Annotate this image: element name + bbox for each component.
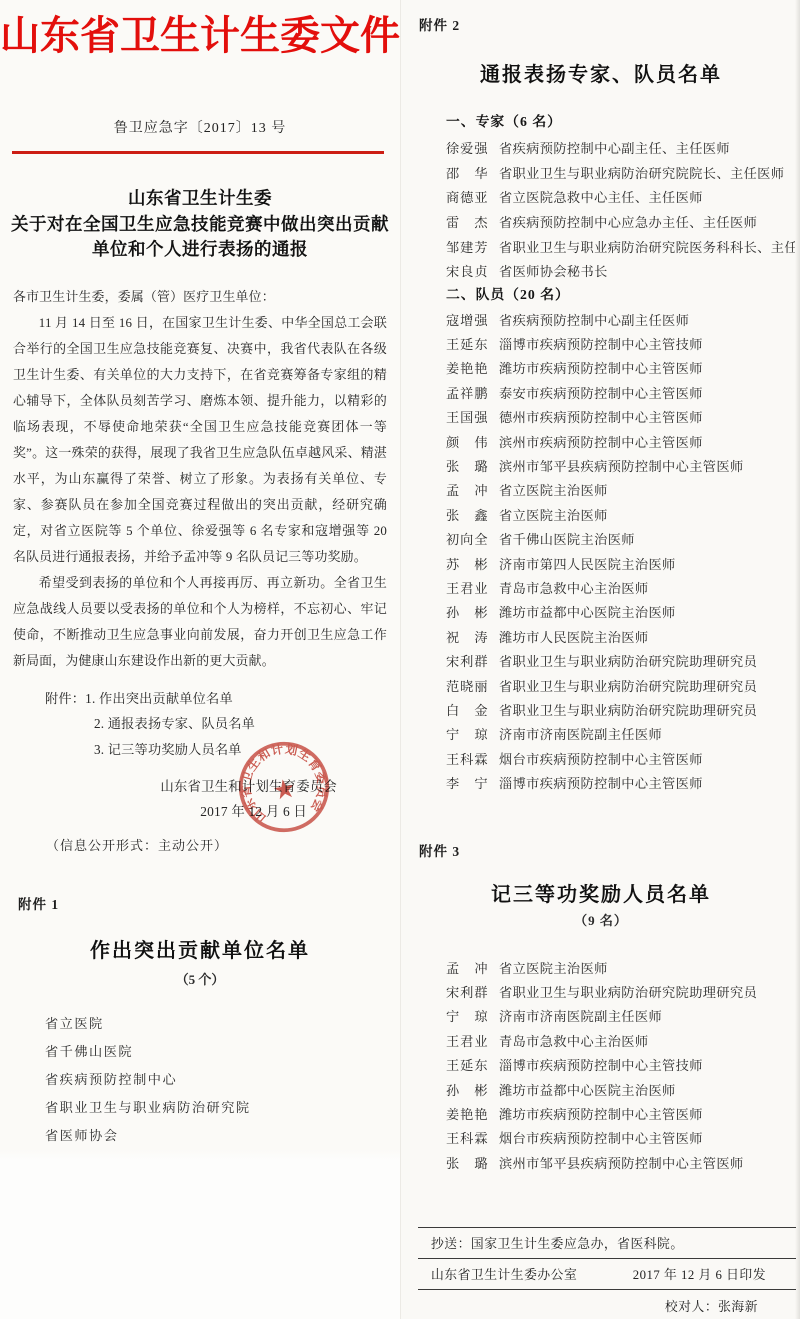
awardees-roster: 孟 冲省立医院主治医师 宋利群省职业卫生与职业病防治研究院助理研究员 宁 琼济南… xyxy=(446,955,795,1175)
person-name: 范晓丽 xyxy=(446,676,499,695)
person-name: 姜艳艳 xyxy=(446,358,499,377)
person-title: 淄博市疾病预防控制中心主管技师 xyxy=(499,1055,795,1074)
person-title: 德州市疾病预防控制中心主管医师 xyxy=(499,407,795,426)
roster-row: 宁 琼济南市济南医院副主任医师 xyxy=(446,1004,795,1028)
unit-item: 省千佛山医院 xyxy=(45,1038,390,1066)
person-name: 宋利群 xyxy=(446,982,499,1001)
attachment1-label: 附件 1 xyxy=(18,893,59,913)
person-title: 滨州市疾病预防控制中心主管医师 xyxy=(499,432,795,451)
red-divider-rule xyxy=(12,151,384,154)
person-title: 省疾病预防控制中心副主任医师 xyxy=(499,310,795,329)
person-title: 省立医院主治医师 xyxy=(499,958,795,977)
issuing-office-row: 山东省卫生计生委办公室 2017 年 12 月 6 日印发 xyxy=(418,1258,796,1289)
person-name: 邹建芳 xyxy=(446,237,499,256)
disclosure-note: （信息公开形式：主动公开） xyxy=(13,833,387,859)
person-title: 潍坊市疾病预防控制中心主管医师 xyxy=(499,358,795,377)
person-title: 潍坊市益都中心医院主治医师 xyxy=(499,1080,795,1099)
roster-row: 邹建芳省职业卫生与职业病防治研究院医务科科长、主任医师 xyxy=(446,234,795,259)
person-title: 省立医院主治医师 xyxy=(499,505,795,524)
person-name: 徐爱强 xyxy=(446,138,499,157)
person-title: 省立医院主治医师 xyxy=(499,480,795,499)
document-body: 各市卫生计生委，委属（管）医疗卫生单位： 11 月 14 日至 16 日，在国家… xyxy=(13,284,387,859)
person-title: 青岛市急救中心主治医师 xyxy=(499,578,795,597)
person-title: 淄博市疾病预防控制中心主管医师 xyxy=(499,773,795,792)
roster-row: 颜 伟滨州市疾病预防控制中心主管医师 xyxy=(446,429,795,453)
attachment-ref: 2. 通报表扬专家、队员名单 xyxy=(13,711,387,736)
roster-row: 王科霖烟台市疾病预防控制中心主管医师 xyxy=(446,1126,795,1150)
scanned-document: 山东省卫生计生委文件 鲁卫应急字〔2017〕13 号 山东省卫生计生委 关于对在… xyxy=(0,0,800,1319)
roster-row: 白 金省职业卫生与职业病防治研究院助理研究员 xyxy=(446,697,795,721)
experts-roster: 徐爱强省疾病预防控制中心副主任、主任医师 邵 华省职业卫生与职业病防治研究院院长… xyxy=(446,135,795,283)
document-footer: 抄送：国家卫生计生委应急办，省医科院。 山东省卫生计生委办公室 2017 年 1… xyxy=(418,1227,796,1315)
person-name: 宋良贞 xyxy=(446,261,499,280)
roster-row: 孟 冲省立医院主治医师 xyxy=(446,478,795,502)
person-title: 省职业卫生与职业病防治研究院医务科科长、主任医师 xyxy=(499,237,795,256)
person-title: 潍坊市人民医院主治医师 xyxy=(499,627,795,646)
attachments-label: 附件： xyxy=(45,691,85,706)
attachment1-title: 作出突出贡献单位名单 xyxy=(0,934,400,963)
person-name: 宋利群 xyxy=(446,651,499,670)
person-name: 祝 涛 xyxy=(446,627,499,646)
person-name: 初向全 xyxy=(446,529,499,548)
attachment-ref: 附件：1. 作出突出贡献单位名单 xyxy=(13,686,387,711)
attachment3-label: 附件 3 xyxy=(419,840,460,860)
person-title: 省疾病预防控制中心应急办主任、主任医师 xyxy=(499,212,795,231)
person-title: 省职业卫生与职业病防治研究院助理研究员 xyxy=(499,676,795,695)
person-name: 张 鑫 xyxy=(446,505,499,524)
roster-row: 王国强德州市疾病预防控制中心主管医师 xyxy=(446,405,795,429)
person-name: 宁 琼 xyxy=(446,1006,499,1025)
page-1: 山东省卫生计生委文件 鲁卫应急字〔2017〕13 号 山东省卫生计生委 关于对在… xyxy=(0,0,400,1319)
person-title: 省职业卫生与职业病防治研究院助理研究员 xyxy=(499,700,795,719)
document-title: 山东省卫生计生委 关于对在全国卫生应急技能竞赛中做出突出贡献 单位和个人进行表扬… xyxy=(0,186,400,263)
person-title: 潍坊市疾病预防控制中心主管医师 xyxy=(499,1104,795,1123)
roster-row: 姜艳艳潍坊市疾病预防控制中心主管医师 xyxy=(446,356,795,380)
roster-row: 王君业青岛市急救中心主治医师 xyxy=(446,1028,795,1052)
person-name: 孟 冲 xyxy=(446,958,499,977)
experts-section-heading: 一、专家（6 名） xyxy=(446,110,562,130)
roster-row: 宁 琼济南市济南医院副主任医师 xyxy=(446,722,795,746)
document-title-line: 关于对在全国卫生应急技能竞赛中做出突出贡献 xyxy=(0,212,400,238)
person-name: 雷 杰 xyxy=(446,212,499,231)
person-name: 李 宁 xyxy=(446,773,499,792)
roster-row: 宋良贞省医师协会秘书长 xyxy=(446,258,795,283)
roster-row: 范晓丽省职业卫生与职业病防治研究院助理研究员 xyxy=(446,673,795,697)
roster-row: 邵 华省职业卫生与职业病防治研究院院长、主任医师 xyxy=(446,160,795,185)
person-name: 宁 琼 xyxy=(446,724,499,743)
person-title: 省千佛山医院主治医师 xyxy=(499,529,795,548)
roster-row: 李 宁淄博市疾病预防控制中心主管医师 xyxy=(446,770,795,794)
person-title: 省立医院急救中心主任、主任医师 xyxy=(499,187,795,206)
person-title: 滨州市邹平县疾病预防控制中心主管医师 xyxy=(499,1153,795,1172)
person-title: 省疾病预防控制中心副主任、主任医师 xyxy=(499,138,795,157)
person-title: 省职业卫生与职业病防治研究院院长、主任医师 xyxy=(499,163,795,182)
roster-row: 王延东淄博市疾病预防控制中心主管技师 xyxy=(446,1053,795,1077)
members-section-heading: 二、队员（20 名） xyxy=(446,283,570,303)
attachment-ref: 3. 记三等功奖励人员名单 xyxy=(13,737,387,762)
person-name: 王科霖 xyxy=(446,1128,499,1147)
roster-row: 宋利群省职业卫生与职业病防治研究院助理研究员 xyxy=(446,648,795,672)
person-title: 青岛市急救中心主治医师 xyxy=(499,1031,795,1050)
roster-row: 孟 冲省立医院主治医师 xyxy=(446,955,795,979)
attachment3-count: （9 名） xyxy=(401,910,800,929)
page-2: 附件 2 通报表扬专家、队员名单 一、专家（6 名） 徐爱强省疾病预防控制中心副… xyxy=(400,0,800,1319)
roster-row: 宋利群省职业卫生与职业病防治研究院助理研究员 xyxy=(446,979,795,1003)
person-name: 王科霖 xyxy=(446,749,499,768)
roster-row: 寇增强省疾病预防控制中心副主任医师 xyxy=(446,307,795,331)
issuing-authority: 山东省卫生和计划生育委员会 xyxy=(13,774,387,799)
roster-row: 雷 杰省疾病预防控制中心应急办主任、主任医师 xyxy=(446,209,795,234)
signature-block: 山东省卫生和计划生育委员会 2017 年 12 月 6 日 山东省卫生和计划生育… xyxy=(13,774,387,824)
roster-row: 王君业青岛市急救中心主治医师 xyxy=(446,575,795,599)
unit-item: 省职业卫生与职业病防治研究院 xyxy=(45,1094,390,1122)
roster-row: 孙 彬潍坊市益都中心医院主治医师 xyxy=(446,1077,795,1101)
salutation: 各市卫生计生委，委属（管）医疗卫生单位： xyxy=(13,284,387,310)
cc-line: 抄送：国家卫生计生委应急办，省医科院。 xyxy=(418,1227,796,1258)
person-title: 济南市济南医院副主任医师 xyxy=(499,1006,795,1025)
unit-item: 省疾病预防控制中心 xyxy=(45,1066,390,1094)
person-title: 济南市第四人民医院主治医师 xyxy=(499,554,795,573)
print-date: 2017 年 12 月 6 日印发 xyxy=(633,1264,766,1283)
person-title: 省职业卫生与职业病防治研究院助理研究员 xyxy=(499,651,795,670)
person-name: 姜艳艳 xyxy=(446,1104,499,1123)
attachment-ref-text: 1. 作出突出贡献单位名单 xyxy=(85,691,233,706)
person-name: 王君业 xyxy=(446,1031,499,1050)
person-name: 孟祥鹏 xyxy=(446,383,499,402)
person-title: 省职业卫生与职业病防治研究院助理研究员 xyxy=(499,982,795,1001)
person-title: 省医师协会秘书长 xyxy=(499,261,795,280)
roster-row: 初向全省千佛山医院主治医师 xyxy=(446,527,795,551)
person-name: 王延东 xyxy=(446,334,499,353)
unit-list: 省立医院 省千佛山医院 省疾病预防控制中心 省职业卫生与职业病防治研究院 省医师… xyxy=(45,1010,390,1150)
person-name: 寇增强 xyxy=(446,310,499,329)
members-roster: 寇增强省疾病预防控制中心副主任医师 王延东淄博市疾病预防控制中心主管技师 姜艳艳… xyxy=(446,307,795,795)
person-name: 孙 彬 xyxy=(446,602,499,621)
roster-row: 苏 彬济南市第四人民医院主治医师 xyxy=(446,551,795,575)
person-name: 孙 彬 xyxy=(446,1080,499,1099)
body-paragraph: 希望受到表扬的单位和个人再接再厉、再立新功。全省卫生应急战线人员要以受表扬的单位… xyxy=(13,570,387,674)
person-name: 颜 伟 xyxy=(446,432,499,451)
body-paragraph: 11 月 14 日至 16 日，在国家卫生计生委、中华全国总工会联合举行的全国卫… xyxy=(13,310,387,570)
person-name: 王延东 xyxy=(446,1055,499,1074)
person-title: 淄博市疾病预防控制中心主管技师 xyxy=(499,334,795,353)
roster-row: 孟祥鹏泰安市疾病预防控制中心主管医师 xyxy=(446,380,795,404)
person-title: 烟台市疾病预防控制中心主管医师 xyxy=(499,749,795,768)
roster-row: 张 璐滨州市邹平县疾病预防控制中心主管医师 xyxy=(446,1150,795,1174)
roster-row: 张 璐滨州市邹平县疾病预防控制中心主管医师 xyxy=(446,453,795,477)
attachment2-title: 通报表扬专家、队员名单 xyxy=(401,58,800,87)
person-title: 烟台市疾病预防控制中心主管医师 xyxy=(499,1128,795,1147)
roster-row: 商德亚省立医院急救中心主任、主任医师 xyxy=(446,184,795,209)
roster-row: 孙 彬潍坊市益都中心医院主治医师 xyxy=(446,600,795,624)
person-name: 张 璐 xyxy=(446,456,499,475)
proofreader-line: 校对人：张海新 xyxy=(418,1289,796,1315)
roster-row: 祝 涛潍坊市人民医院主治医师 xyxy=(446,624,795,648)
person-name: 商德亚 xyxy=(446,187,499,206)
issuing-office: 山东省卫生计生委办公室 xyxy=(431,1264,577,1283)
person-name: 邵 华 xyxy=(446,163,499,182)
person-name: 王国强 xyxy=(446,407,499,426)
person-title: 潍坊市益都中心医院主治医师 xyxy=(499,602,795,621)
document-number: 鲁卫应急字〔2017〕13 号 xyxy=(0,117,400,137)
attachment2-label: 附件 2 xyxy=(419,14,460,34)
issue-date: 2017 年 12 月 6 日 xyxy=(13,799,387,824)
roster-row: 张 鑫省立医院主治医师 xyxy=(446,502,795,526)
roster-row: 王科霖烟台市疾病预防控制中心主管医师 xyxy=(446,746,795,770)
roster-row: 徐爱强省疾病预防控制中心副主任、主任医师 xyxy=(446,135,795,160)
person-name: 苏 彬 xyxy=(446,554,499,573)
roster-row: 姜艳艳潍坊市疾病预防控制中心主管医师 xyxy=(446,1101,795,1125)
person-title: 滨州市邹平县疾病预防控制中心主管医师 xyxy=(499,456,795,475)
unit-item: 省立医院 xyxy=(45,1010,390,1038)
person-name: 王君业 xyxy=(446,578,499,597)
roster-row: 王延东淄博市疾病预防控制中心主管技师 xyxy=(446,331,795,355)
document-title-line: 单位和个人进行表扬的通报 xyxy=(0,237,400,263)
letterhead-title: 山东省卫生计生委文件 xyxy=(0,4,400,61)
person-name: 白 金 xyxy=(446,700,499,719)
attachment3-title: 记三等功奖励人员名单 xyxy=(401,878,800,907)
person-name: 孟 冲 xyxy=(446,480,499,499)
person-name: 张 璐 xyxy=(446,1153,499,1172)
attachments-list: 附件：1. 作出突出贡献单位名单 2. 通报表扬专家、队员名单 3. 记三等功奖… xyxy=(13,686,387,762)
document-title-line: 山东省卫生计生委 xyxy=(0,186,400,212)
person-title: 济南市济南医院副主任医师 xyxy=(499,724,795,743)
unit-item: 省医师协会 xyxy=(45,1122,390,1150)
attachment1-count: （5 个） xyxy=(0,969,400,988)
person-title: 泰安市疾病预防控制中心主管医师 xyxy=(499,383,795,402)
